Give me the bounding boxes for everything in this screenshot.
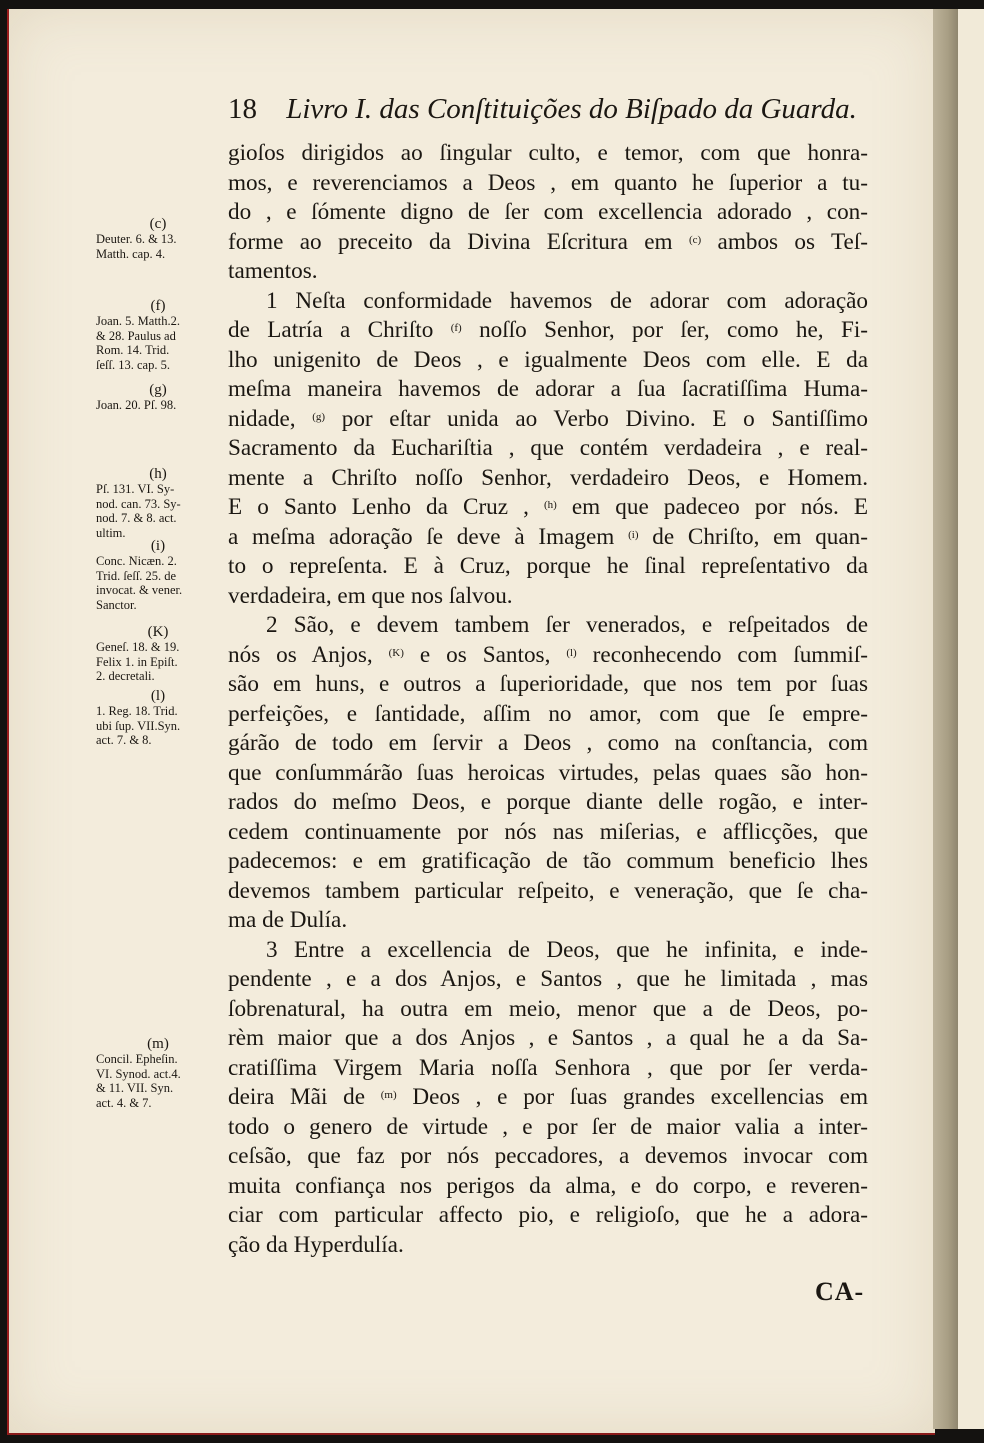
body-line: que conſummárão ſuas heroicas virtudes, … <box>228 759 868 789</box>
body-line: 3 Entre a excellencia de Deos, que he in… <box>228 936 868 966</box>
footnote-ref: (f) <box>451 322 462 334</box>
body-line: muita confiança nos perigos da alma, e d… <box>228 1172 868 1202</box>
body-line: Sacramento da Euchariſtia , que contém v… <box>228 434 868 464</box>
footnote-mark: (h) <box>96 466 220 482</box>
body-line: ceſsão, que faz por nós peccadores, a de… <box>228 1142 868 1172</box>
margin-note: (i)Conc. Nicæn. 2. Trid. ſeſſ. 25. de in… <box>96 538 220 612</box>
body-text: gioſos dirigidos ao ſingular culto, e te… <box>228 139 868 1260</box>
citation-reference: Pſ. 131. VI. Sy- nod. can. 73. Sy- nod. … <box>96 482 220 540</box>
citation-reference: 1. Reg. 18. Trid. ubi ſup. VII.Syn. act.… <box>96 704 220 748</box>
body-line: mente a Chriſto noſſo Senhor, verdadeiro… <box>228 464 868 494</box>
body-line: verdadeira, em que nos ſalvou. <box>228 582 868 612</box>
footnote-mark: (K) <box>96 624 220 640</box>
body-line: cedem continuamente por nós nas miſerias… <box>228 818 868 848</box>
citation-reference: Joan. 5. Matth.2. & 28. Paulus ad Rom. 1… <box>96 314 220 372</box>
margin-note: (m)Concil. Epheſin. VI. Synod. act.4. & … <box>96 1036 220 1110</box>
footnote-ref: (g) <box>312 411 325 423</box>
citation-reference: Joan. 20. Pſ. 98. <box>96 398 220 413</box>
body-line: rèm maior que a dos Anjos , e Santos , a… <box>228 1024 868 1054</box>
margin-note: (K)Geneſ. 18. & 19. Felix 1. in Epiſt. 2… <box>96 624 220 684</box>
body-line: to o repreſenta. E à Cruz, porque he ſin… <box>228 552 868 582</box>
margin-note: (f)Joan. 5. Matth.2. & 28. Paulus ad Rom… <box>96 298 220 372</box>
footnote-mark: (c) <box>96 216 220 232</box>
citation-reference: Conc. Nicæn. 2. Trid. ſeſſ. 25. de invoc… <box>96 554 220 612</box>
body-line: ção da Hyperdulía. <box>228 1231 868 1261</box>
footnote-mark: (i) <box>96 538 220 554</box>
facing-page-edge <box>958 9 984 1429</box>
footnote-ref: (h) <box>544 499 557 511</box>
page-number: 18 <box>228 93 257 125</box>
citation-reference: Concil. Epheſin. VI. Synod. act.4. & 11.… <box>96 1052 220 1110</box>
body-line: nós os Anjos, (K) e os Santos, (l) recon… <box>228 641 868 671</box>
body-line: perfeições, e ſantidade, aſſim no amor, … <box>228 700 868 730</box>
body-line: rados do meſmo Deos, e porque diante del… <box>228 788 868 818</box>
body-line: de Latría a Chriſto (f) noſſo Senhor, po… <box>228 316 868 346</box>
margin-note: (l)1. Reg. 18. Trid. ubi ſup. VII.Syn. a… <box>96 688 220 748</box>
body-line: ciar com particular affecto pio, e relig… <box>228 1201 868 1231</box>
catchword: CA- <box>815 1277 864 1307</box>
body-line: tamentos. <box>228 257 868 287</box>
margin-note: (h)Pſ. 131. VI. Sy- nod. can. 73. Sy- no… <box>96 466 220 540</box>
body-line: todo o genero de virtude , e por ſer de … <box>228 1113 868 1143</box>
footnote-mark: (f) <box>96 298 220 314</box>
body-line: deira Mãi de (m) Deos , e por ſuas grand… <box>228 1083 868 1113</box>
body-line: ſobrenatural, ha outra em meio, menor qu… <box>228 995 868 1025</box>
footnote-mark: (m) <box>96 1036 220 1052</box>
body-line: 1 Neſta conformidade havemos de adorar c… <box>228 287 868 317</box>
body-line: forme ao preceito da Divina Eſcritura em… <box>228 228 868 258</box>
body-line: cratiſſima Virgem Maria noſſa Senhora , … <box>228 1054 868 1084</box>
body-line: lho unigenito de Deos , e igualmente Deo… <box>228 346 868 376</box>
body-line: mos, e reverenciamos a Deos , em quanto … <box>228 169 868 199</box>
body-line: E o Santo Lenho da Cruz , (h) em que pad… <box>228 493 868 523</box>
body-line: são em huns, e outros a ſuperioridade, q… <box>228 670 868 700</box>
body-line: 2 São, e devem tambem ſer venerados, e r… <box>228 611 868 641</box>
body-line: pendente , e a dos Anjos, e Santos , que… <box>228 965 868 995</box>
margin-note: (g)Joan. 20. Pſ. 98. <box>96 382 220 413</box>
running-header: 18 Livro I. das Conſtituições do Biſpado… <box>228 93 868 126</box>
footnote-ref: (m) <box>381 1089 397 1101</box>
body-line: meſma maneira havemos de adorar a ſua ſa… <box>228 375 868 405</box>
body-line: padecemos: e em gratificação de tão comm… <box>228 847 868 877</box>
citation-reference: Deuter. 6. & 13. Matth. cap. 4. <box>96 232 220 261</box>
body-line: ma de Dulía. <box>228 906 868 936</box>
body-line: devemos tambem particular reſpeito, e ve… <box>228 877 868 907</box>
footnote-ref: (c) <box>689 234 701 246</box>
footnote-mark: (g) <box>96 382 220 398</box>
body-line: gárão de todo em ſervir a Deos , como na… <box>228 729 868 759</box>
body-line: do , e ſómente digno de ſer com excellen… <box>228 198 868 228</box>
footnote-ref: (K) <box>389 647 404 659</box>
citation-reference: Geneſ. 18. & 19. Felix 1. in Epiſt. 2. d… <box>96 640 220 684</box>
footnote-ref: (i) <box>628 529 638 541</box>
footnote-ref: (l) <box>566 647 576 659</box>
body-line: nidade, (g) por eſtar unida ao Verbo Div… <box>228 405 868 435</box>
body-line: gioſos dirigidos ao ſingular culto, e te… <box>228 139 868 169</box>
running-title: Livro I. das Conſtituições do Biſpado da… <box>286 93 857 125</box>
body-line: a meſma adoração ſe deve à Imagem (i) de… <box>228 523 868 553</box>
book-gutter <box>933 9 958 1429</box>
footnote-mark: (l) <box>96 688 220 704</box>
margin-note: (c)Deuter. 6. & 13. Matth. cap. 4. <box>96 216 220 261</box>
